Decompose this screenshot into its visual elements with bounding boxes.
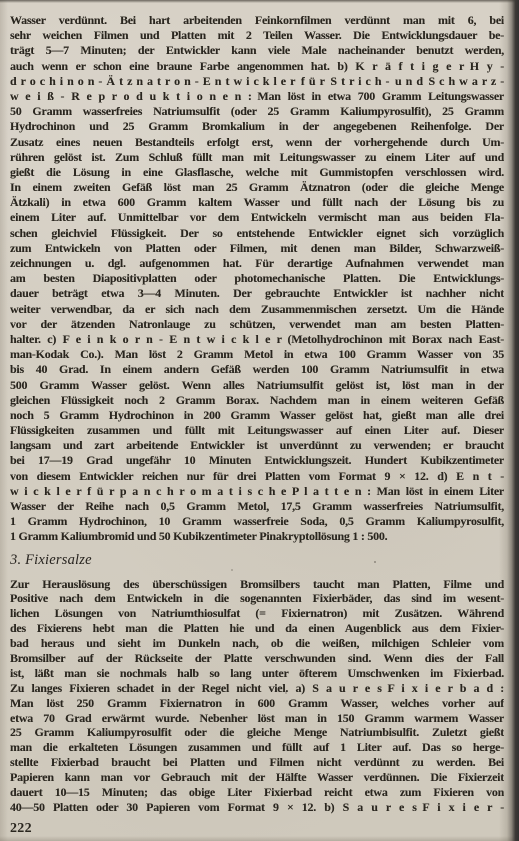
text-line: Flüssigkeiten zusammen und füllt mit Lei… — [10, 423, 504, 438]
text-line: man die erkalteten Lösungen zusammen und… — [10, 740, 504, 755]
text-line: Zu langes Fixieren schadet in der Regel … — [10, 681, 504, 696]
text-line: schen gleichviel Flüssigkeit. Der so ent… — [10, 226, 504, 241]
book-page-scan: Wasser verdünnt. Bei hart arbeitenden Fe… — [0, 0, 519, 841]
page-number: 222 — [10, 821, 504, 836]
text-line: Positive nach dem Entwickeln in die soge… — [10, 591, 504, 606]
text-line: 1 Gramm Kaliumbromid und 50 Kubikzentime… — [10, 529, 504, 544]
text-line: trägt 5—7 Minuten; der Entwickler kann v… — [10, 43, 504, 58]
text-line: Hydrochinon und 25 Gramm Bromkalium in d… — [10, 119, 504, 134]
text-line: zum Entwickeln von Platten oder Filmen, … — [10, 241, 504, 256]
text-line: vor der ätzenden Natronlauge zu schützen… — [10, 317, 504, 332]
text-line: ist, läßt man sie nochmals halb so lang … — [10, 666, 504, 681]
text-line: rühren gelöst ist. Zum Schluß füllt man … — [10, 150, 504, 165]
section-heading-fixiersalze: 3. Fixiersalze — [10, 552, 504, 569]
text-line: zeichnungen u. dgl. aufgenommen hat. Für… — [10, 256, 504, 271]
text-line: sehr weichen Filmen und Platten mit 2 Te… — [10, 28, 504, 43]
text-line: auch wenn er schon eine braune Farbe ang… — [10, 59, 504, 74]
paragraph-developer-recipes: Wasser verdünnt. Bei hart arbeitenden Fe… — [10, 0, 504, 545]
text-line: einem Liter auf. Unmittelbar vor dem Ent… — [10, 210, 504, 225]
text-line: am besten Diapositivplatten oder photome… — [10, 271, 504, 286]
text-line: bad heraus und sieht im Dunkeln nach, ob… — [10, 636, 504, 651]
text-line: dauer beträgt etwa 3—4 Minuten. Der gebr… — [10, 286, 504, 301]
text-block: Wasser verdünnt. Bei hart arbeitenden Fe… — [10, 0, 504, 836]
scan-bottom-edge-shadow — [0, 836, 519, 841]
text-line: etwa 70 Grad erwärmt wurde. Nebenher lös… — [10, 711, 504, 726]
text-line: 25 Gramm Kaliumpyrosulfit oder die gleic… — [10, 725, 504, 740]
text-line: Ätzkali) in etwa 600 Gramm kaltem Wasser… — [10, 195, 504, 210]
text-line: halter. c) F e i n k o r n - E n t w i c… — [10, 332, 504, 347]
text-line: lichen Lösungen von Natriumthiosulfat (=… — [10, 606, 504, 621]
scan-left-edge-shadow — [0, 0, 8, 841]
text-line: 500 Gramm Wasser gelöst. Wenn alles Natr… — [10, 378, 504, 393]
text-line: Zur Herauslösung des überschüssigen Brom… — [10, 577, 504, 592]
text-line: 50 Gramm wasserfreies Natriumsulfit (ode… — [10, 104, 504, 119]
text-line: man-Kodak Co.). Man löst 2 Gramm Metol i… — [10, 347, 504, 362]
text-line: d r o c h i n o n - Ä t z n a t r o n - … — [10, 74, 504, 89]
text-line: langsam und zart arbeitende Entwickler i… — [10, 438, 504, 453]
text-line: Man löst 250 Gramm Fixiernatron in 600 G… — [10, 696, 504, 711]
text-line: noch 5 Gramm Hydrochinon in 200 Gramm Wa… — [10, 408, 504, 423]
text-line: 1 Gramm Hydrochinon, 10 Gramm wasserfrei… — [10, 514, 504, 529]
text-line: Papieren kann man vor Gebrauch mit der H… — [10, 770, 504, 785]
paragraph-fixiersalze: Zur Herauslösung des überschüssigen Brom… — [10, 577, 504, 815]
text-line: des Fixierens hebt man die Platten hie u… — [10, 621, 504, 636]
text-line: weiter verwendbar, da er sich nach dem Z… — [10, 302, 504, 317]
text-line: In einem zweiten Gefäß löst man 25 Gramm… — [10, 180, 504, 195]
text-line: Zusatz eines neuen Bestandteils erfolgt … — [10, 135, 504, 150]
text-line: 40—50 Platten oder 30 Papieren vom Forma… — [10, 800, 504, 815]
text-line: gießt die Lösung in eine Glasflasche, we… — [10, 165, 504, 180]
text-line: stellte Fixierbad braucht bei Platten un… — [10, 755, 504, 770]
text-line: gleichen Flüssigkeit noch 2 Gramm Borax.… — [10, 393, 504, 408]
text-line: w i c k l e r f ü r p a n c h r o m a t … — [10, 484, 504, 499]
text-line: dauert 10—15 Minuten; das obige Liter Fi… — [10, 785, 504, 800]
text-line: Wasser der Reihe nach 0,5 Gramm Metol, 1… — [10, 499, 504, 514]
text-line: w e i ß - R e p r o d u k t i o n e n : … — [10, 89, 504, 104]
text-line: von diesem Entwickler reichen nur für dr… — [10, 469, 504, 484]
text-line: bis 40 Grad. In einem andern Gefäß werde… — [10, 362, 504, 377]
text-line: Bromsilber auf der Rückseite der Platte … — [10, 651, 504, 666]
text-line: Wasser verdünnt. Bei hart arbeitenden Fe… — [10, 13, 504, 28]
text-line: bei 17—19 Grad ungefähr 10 Minuten Entwi… — [10, 453, 504, 468]
